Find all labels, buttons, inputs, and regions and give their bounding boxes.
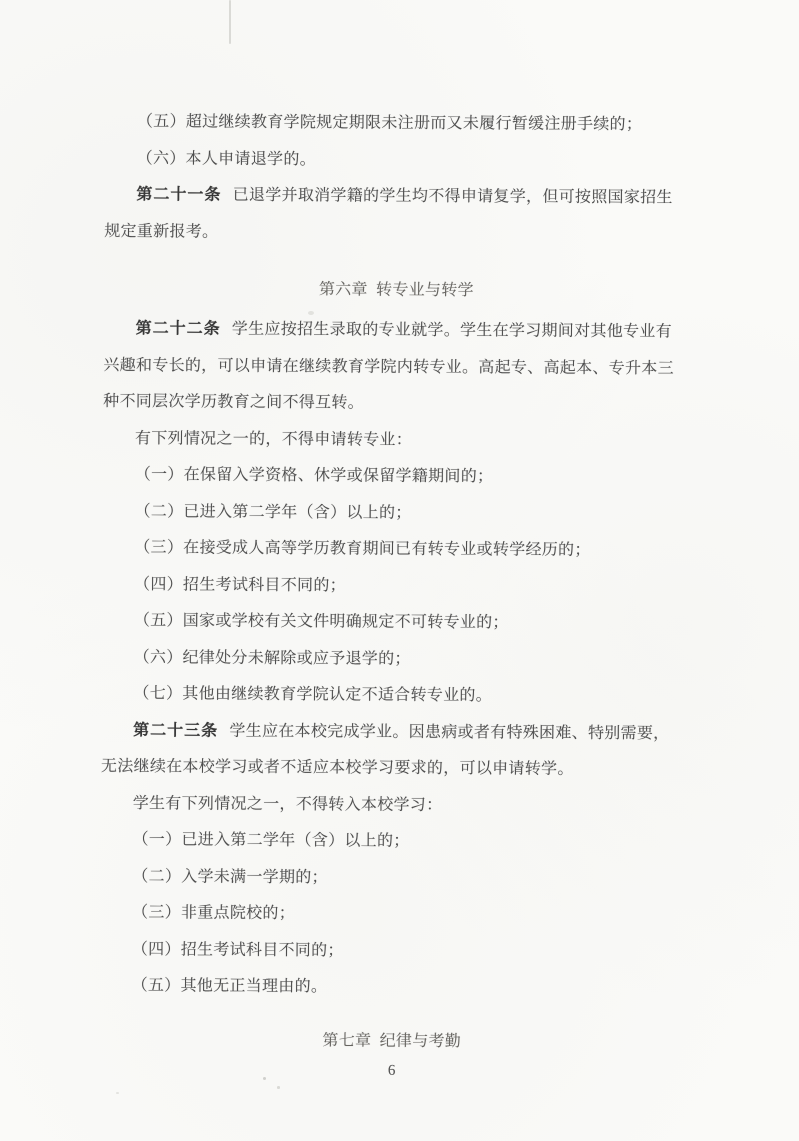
- line-text: （六）本人申请退学的。: [137, 150, 316, 168]
- line-text: 种不同层次学历教育之间不得互转。: [103, 393, 364, 412]
- document-body: （五）超过继续教育学院规定期限未注册而又未履行暂缓注册手续的； （六）本人申请退…: [99, 104, 690, 1084]
- paragraph: 学生有下列情况之一，不得转入本校学习：: [101, 785, 686, 825]
- line-text: 兴趣和专长的，可以申请在继续教育学院内转专业。高起专、高起本、专升本三: [103, 356, 674, 376]
- scan-scratch-artifact: [229, 0, 231, 44]
- line-text: 学生应按招生录取的专业就学。学生在学习期间对其他专业有: [232, 321, 672, 341]
- paragraph-continuation: 无法继续在本校学习或者不适应本校学习要求的，可以申请转学。: [101, 749, 686, 789]
- list-item: （二）已进入第二学年（含）以上的；: [102, 493, 687, 533]
- paragraph-continuation: 种不同层次学历教育之间不得互转。: [103, 384, 688, 424]
- line-text: （五）其他无正当理由的。: [132, 977, 328, 995]
- article-paragraph: 第二十一条已退学并取消学籍的学生均不得申请复学，但可按照国家招生: [104, 177, 689, 217]
- line-text: 有下列情况之一的，不得申请转专业：: [135, 430, 412, 449]
- list-item: （六）纪律处分未解除或应予退学的；: [102, 639, 687, 679]
- line-text: （五）超过继续教育学院规定期限未注册而又未履行暂缓注册手续的；: [137, 113, 642, 133]
- list-item: （四）招生考试科目不同的；: [102, 566, 687, 606]
- list-item: （七）其他由继续教育学院认定不适合转专业的。: [101, 676, 686, 716]
- list-item: （三）非重点院校的；: [100, 895, 685, 935]
- article-paragraph: 第二十二条学生应按招生录取的专业就学。学生在学习期间对其他专业有: [104, 311, 689, 351]
- line-text: 学生应在本校完成学业。因患病或者有特殊困难、特别需要，: [229, 722, 669, 742]
- scanned-document-page: （五）超过继续教育学院规定期限未注册而又未履行暂缓注册手续的； （六）本人申请退…: [0, 0, 799, 1141]
- list-item: （一）在保留入学资格、休学或保留学籍期间的；: [103, 457, 688, 497]
- list-item: （一）已进入第二学年（含）以上的；: [100, 822, 685, 862]
- chapter-heading-text: 第七章 纪律与考勤: [322, 1032, 461, 1050]
- line-text: （七）其他由继续教育学院认定不适合转专业的。: [133, 685, 492, 704]
- list-item: （二）入学未满一学期的；: [100, 858, 685, 898]
- article-paragraph: 第二十三条学生应在本校完成学业。因患病或者有特殊困难、特别需要，: [101, 712, 686, 752]
- list-item: （五）国家或学校有关文件明确规定不可转专业的；: [102, 603, 687, 643]
- list-item: （三）在接受成人高等学历教育期间已有转专业或转学经历的；: [102, 530, 687, 570]
- paragraph-continuation: 规定重新报考。: [104, 213, 689, 253]
- line-text: 学生有下列情况之一，不得转入本校学习：: [133, 795, 443, 814]
- line-text: 规定重新报考。: [104, 222, 218, 240]
- list-item: （五）其他无正当理由的。: [99, 968, 684, 1008]
- line-text: （四）招生考试科目不同的；: [132, 941, 344, 959]
- article-number: 第二十二条: [136, 320, 221, 338]
- line-text: （二）入学未满一学期的；: [132, 868, 328, 886]
- line-text: 无法继续在本校学习或者不适应本校学习要求的，可以申请转学。: [101, 758, 574, 778]
- chapter-heading: 第六章 转专业与转学: [104, 271, 689, 311]
- line-text: （六）纪律处分未解除或应予退学的；: [134, 649, 411, 668]
- line-text: （一）已进入第二学年（含）以上的；: [132, 831, 409, 850]
- article-number: 第二十一条: [136, 186, 221, 204]
- list-item: （五）超过继续教育学院规定期限未注册而又未履行暂缓注册手续的；: [105, 104, 690, 144]
- list-item: （六）本人申请退学的。: [105, 140, 690, 180]
- line-text: （三）在接受成人高等学历教育期间已有转专业或转学经历的；: [134, 539, 591, 559]
- page-number: 6: [99, 1058, 684, 1084]
- list-item: （四）招生考试科目不同的；: [100, 931, 685, 971]
- chapter-heading-text: 第六章 转专业与转学: [319, 281, 474, 299]
- article-number: 第二十三条: [133, 722, 218, 740]
- line-text: （五）国家或学校有关文件明确规定不可转专业的；: [134, 612, 509, 631]
- line-text: （二）已进入第二学年（含）以上的；: [134, 503, 411, 522]
- line-text: （三）非重点院校的；: [132, 904, 295, 922]
- line-text: 已退学并取消学籍的学生均不得申请复学，但可按照国家招生: [233, 187, 673, 207]
- line-text: （一）在保留入学资格、休学或保留学籍期间的；: [135, 466, 494, 485]
- scan-speck-artifact: [277, 1086, 280, 1089]
- paragraph: 有下列情况之一的，不得申请转专业：: [103, 420, 688, 460]
- chapter-heading: 第七章 纪律与考勤: [99, 1021, 684, 1061]
- scan-speck-artifact: [116, 1092, 119, 1094]
- paragraph-continuation: 兴趣和专长的，可以申请在继续教育学院内转专业。高起专、高起本、专升本三: [103, 347, 688, 387]
- line-text: （四）招生考试科目不同的；: [134, 576, 346, 594]
